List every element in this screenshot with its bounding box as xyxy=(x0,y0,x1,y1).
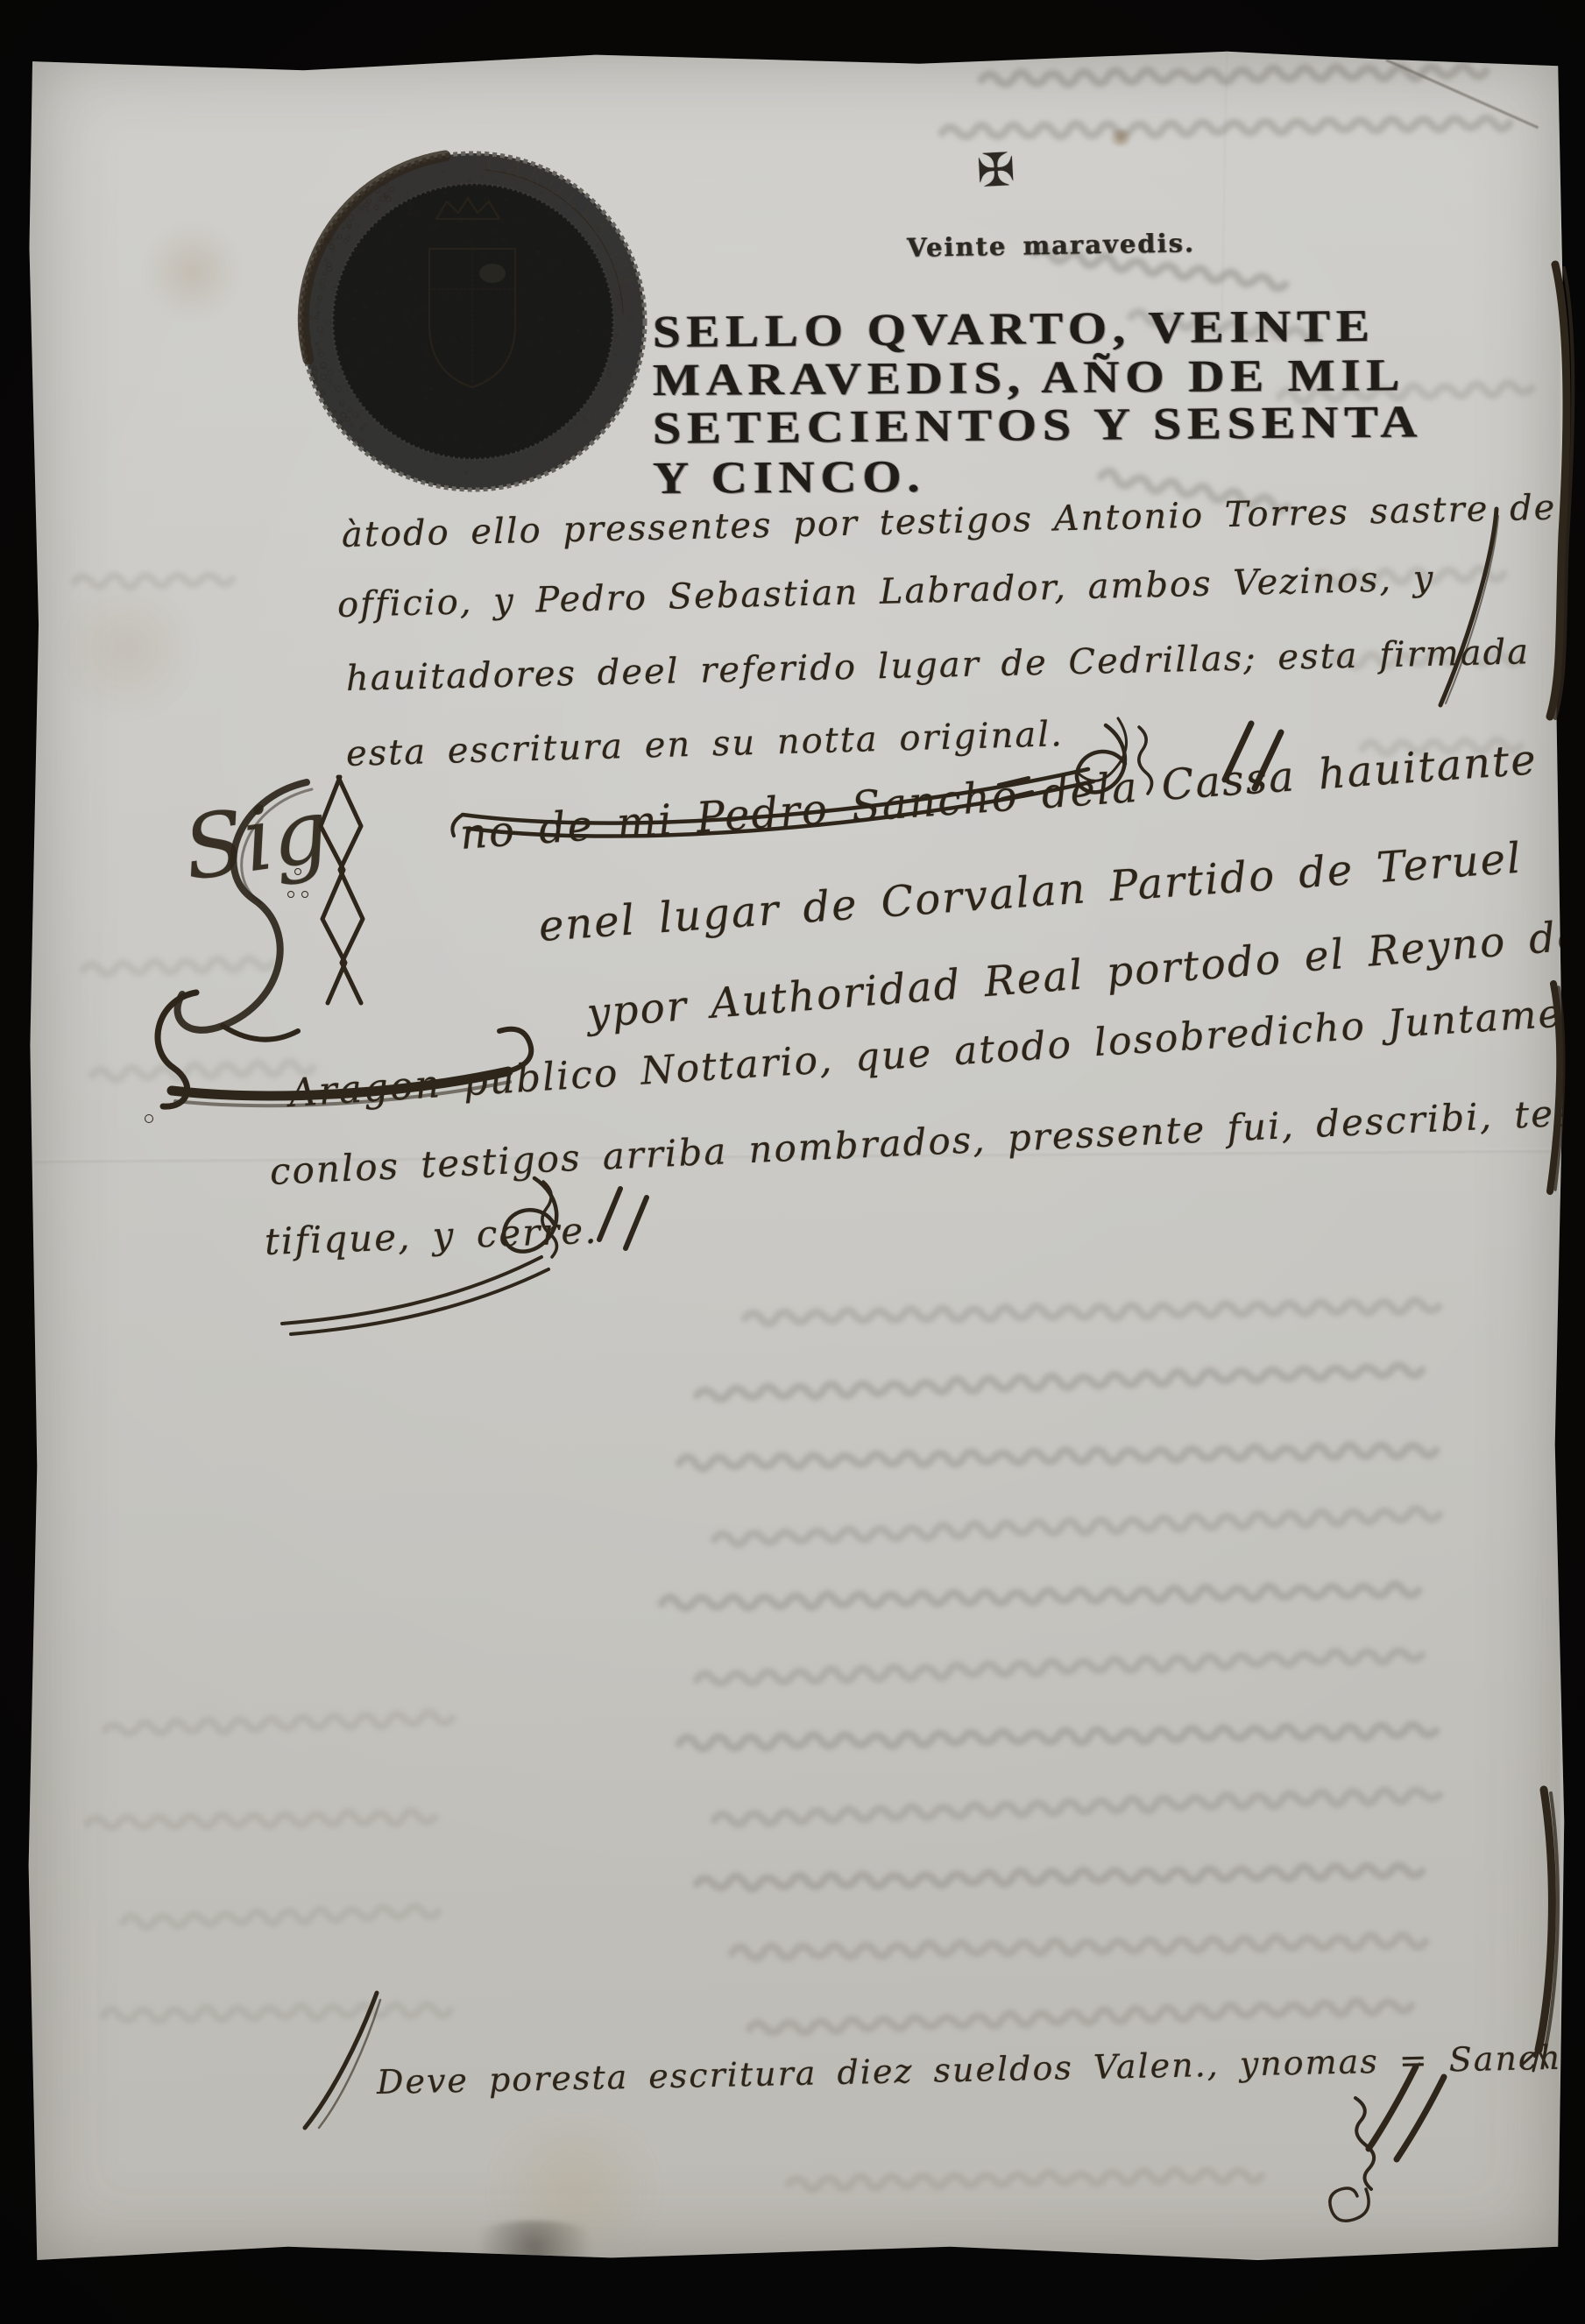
bleedthrough-text-band xyxy=(815,2258,1044,2264)
binding-thread xyxy=(1518,254,1581,731)
bleedthrough-text-band xyxy=(103,1995,455,2031)
double-slash-flourish xyxy=(1358,2054,1454,2172)
bleedthrough-text-band xyxy=(105,1702,456,1744)
bleedthrough-text-band xyxy=(714,1778,1451,1833)
bleedthrough-text-band xyxy=(662,1574,1450,1618)
paper-edge-highlight xyxy=(105,2259,1376,2262)
sello-heading-line: SELLO QVARTO, VEINTE xyxy=(653,300,1376,358)
bleedthrough-text-band xyxy=(942,107,1520,147)
bleedthrough-text-band xyxy=(749,1990,1416,2044)
margin-slash-flourish xyxy=(1428,504,1507,714)
bleedthrough-text-band xyxy=(714,1498,1451,1553)
binding-thread xyxy=(1522,977,1574,1200)
bleedthrough-text-band xyxy=(745,1290,1446,1332)
binding-thread xyxy=(1509,1783,1582,2080)
sello-heading-line: SETECIENTOS Y SESENTA xyxy=(653,396,1424,455)
bleedthrough-text-band xyxy=(789,2159,1280,2198)
bleedthrough-text-band xyxy=(981,55,1508,94)
margin-swash-flourish xyxy=(131,968,543,1139)
document-paper: CAROLVS III ✠ Veinte maravedis. SELLO QV… xyxy=(26,48,1566,2264)
bleedthrough-text-band xyxy=(732,1925,1433,1967)
bleedthrough-text-band xyxy=(88,1801,456,1837)
closing-rubric-flourish xyxy=(263,1162,675,1351)
maltese-cross-icon: ✠ xyxy=(975,144,1016,198)
bleedthrough-text-band xyxy=(697,1638,1451,1694)
bleedthrough-text-band xyxy=(74,563,242,596)
bleedthrough-text-band xyxy=(123,1895,456,1936)
bleedthrough-text-band xyxy=(679,1714,1450,1757)
sello-heading-line: Y CINCO. xyxy=(653,451,926,505)
bleedthrough-text-band xyxy=(697,1854,1450,1897)
bleedthrough-text-band xyxy=(679,1434,1450,1477)
royal-seal-stamp: CAROLVS III xyxy=(289,142,657,501)
bleedthrough-text-band xyxy=(697,1353,1442,1409)
tax-value-line: Veinte maravedis. xyxy=(907,228,1195,263)
scan-backdrop: CAROLVS III ✠ Veinte maravedis. SELLO QV… xyxy=(0,0,1585,2324)
